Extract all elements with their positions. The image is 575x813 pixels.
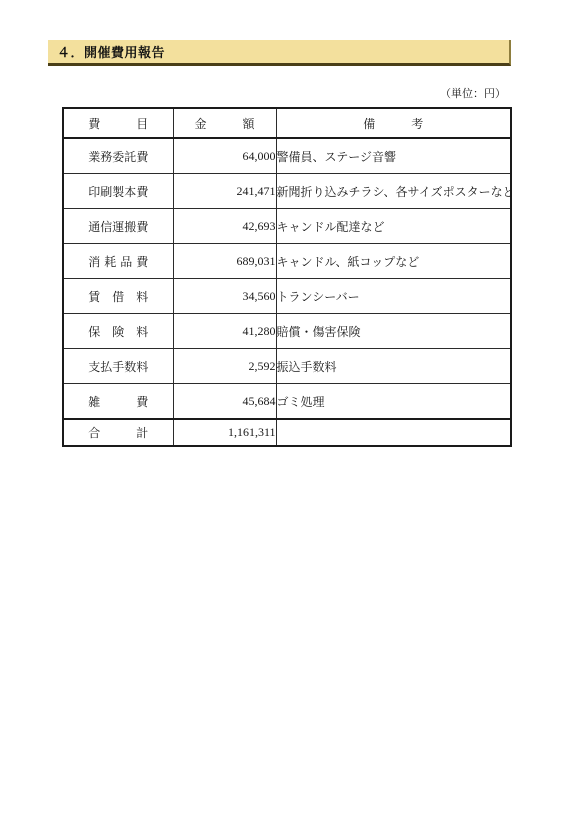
total-row: 合計1,161,311 (63, 419, 511, 446)
note-cell: 新聞折り込みチラシ、各サイズポスターなど (276, 174, 511, 209)
expense-table: 費目 金額 備考 業務委託費64,000警備員、ステージ音響印刷製本費241,4… (62, 107, 512, 447)
table-row: 保険料41,280賠償・傷害保険 (63, 314, 511, 349)
note-cell: 警備員、ステージ音響 (276, 138, 511, 174)
item-label: 保険料 (88, 323, 148, 340)
amount-cell: 2,592 (173, 349, 276, 384)
item-cell: 賃借料 (63, 279, 173, 314)
amount-cell: 1,161,311 (173, 419, 276, 446)
table-row: 業務委託費64,000警備員、ステージ音響 (63, 138, 511, 174)
item-cell: 雑費 (63, 384, 173, 420)
expense-table-body: 業務委託費64,000警備員、ステージ音響印刷製本費241,471新聞折り込みチ… (63, 138, 511, 446)
section-heading-text: ４．開催費用報告 (57, 42, 165, 61)
item-cell: 消耗品費 (63, 244, 173, 279)
item-cell: 通信運搬費 (63, 209, 173, 244)
amount-cell: 241,471 (173, 174, 276, 209)
table-row: 賃借料34,560トランシーバー (63, 279, 511, 314)
note-cell: キャンドル配達など (276, 209, 511, 244)
item-label: 印刷製本費 (88, 183, 148, 200)
amount-cell: 64,000 (173, 138, 276, 174)
amount-cell: 45,684 (173, 384, 276, 420)
note-cell: 賠償・傷害保険 (276, 314, 511, 349)
item-label: 消耗品費 (88, 253, 148, 270)
item-label: 業務委託費 (88, 148, 148, 165)
table-row: 通信運搬費42,693キャンドル配達など (63, 209, 511, 244)
table-row: 支払手数料2,592振込手数料 (63, 349, 511, 384)
note-cell: 振込手数料 (276, 349, 511, 384)
item-label: 通信運搬費 (88, 218, 148, 235)
item-label: 合計 (88, 424, 148, 441)
note-cell: ゴミ処理 (276, 384, 511, 420)
col-header-note: 備考 (276, 108, 511, 138)
note-cell: トランシーバー (276, 279, 511, 314)
col-header-amount-label: 金額 (195, 115, 255, 132)
amount-cell: 42,693 (173, 209, 276, 244)
amount-cell: 34,560 (173, 279, 276, 314)
unit-note: （単位：円） (62, 85, 506, 101)
table-row: 消耗品費689,031キャンドル、紙コップなど (63, 244, 511, 279)
amount-cell: 689,031 (173, 244, 276, 279)
col-header-amount: 金額 (173, 108, 276, 138)
item-cell: 業務委託費 (63, 138, 173, 174)
col-header-item: 費目 (63, 108, 173, 138)
document-page: ４．開催費用報告 （単位：円） 費目 金額 備考 業務委託費64,000警備員、… (0, 0, 575, 813)
item-cell: 印刷製本費 (63, 174, 173, 209)
table-row: 雑費45,684ゴミ処理 (63, 384, 511, 420)
col-header-note-label: 備考 (363, 115, 423, 132)
section-heading: ４．開催費用報告 (48, 40, 511, 66)
table-header-row: 費目 金額 備考 (63, 108, 511, 138)
table-row: 印刷製本費241,471新聞折り込みチラシ、各サイズポスターなど (63, 174, 511, 209)
item-label: 雑費 (88, 393, 148, 410)
item-label: 賃借料 (88, 288, 148, 305)
item-cell: 保険料 (63, 314, 173, 349)
amount-cell: 41,280 (173, 314, 276, 349)
note-cell: キャンドル、紙コップなど (276, 244, 511, 279)
item-label: 支払手数料 (88, 358, 148, 375)
note-cell (276, 419, 511, 446)
col-header-item-label: 費目 (88, 115, 148, 132)
item-cell: 合計 (63, 419, 173, 446)
item-cell: 支払手数料 (63, 349, 173, 384)
